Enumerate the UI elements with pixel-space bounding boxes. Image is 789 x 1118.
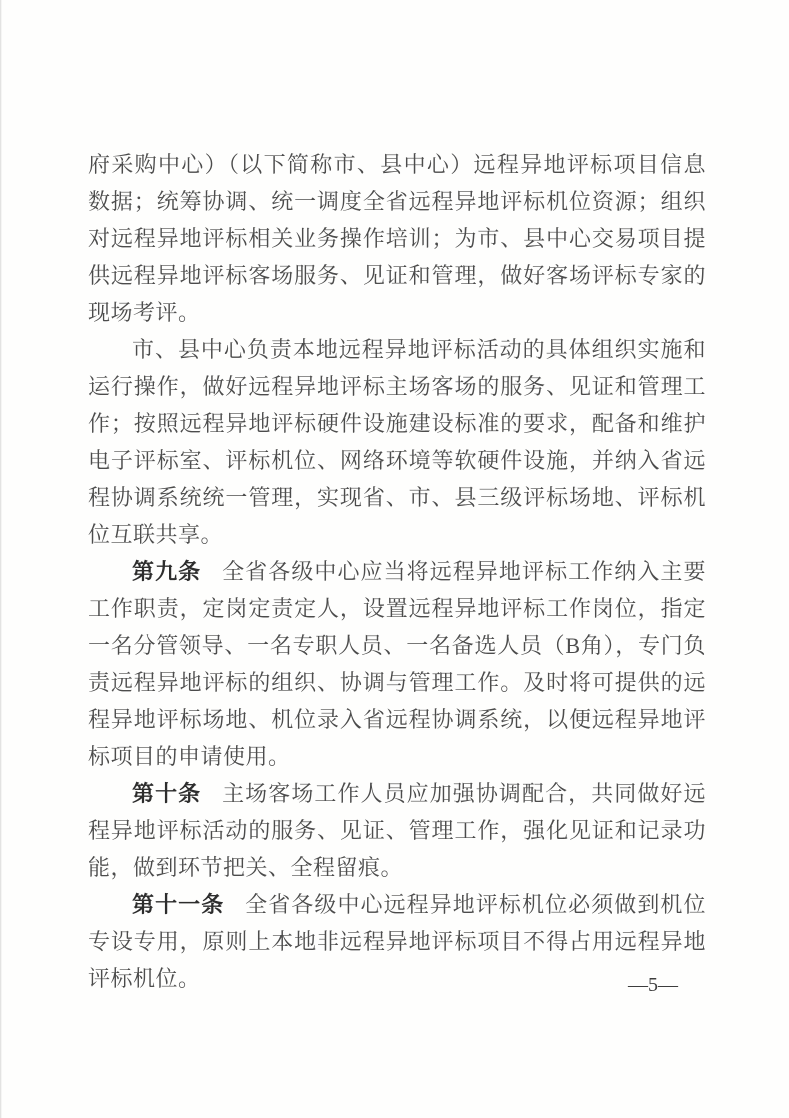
paragraph-text: 全省各级中心应当将远程异地评标工作纳入主要工作职责，定岗定责定人，设置远程异地评… (88, 559, 706, 769)
article-10-number: 第十条 (132, 781, 201, 806)
scan-edge-artifact (0, 0, 2, 1118)
document-body: 府采购中心）（以下简称市、县中心）远程异地评标项目信息数据；统筹协调、统一调度全… (88, 146, 706, 997)
scanned-document-page: 府采购中心）（以下简称市、县中心）远程异地评标项目信息数据；统筹协调、统一调度全… (0, 0, 789, 1118)
article-11-number: 第十一条 (132, 892, 224, 917)
paragraph-article-9: 第九条全省各级中心应当将远程异地评标工作纳入主要工作职责，定岗定责定人，设置远程… (88, 553, 706, 775)
paragraph-text: 市、县中心负责本地远程异地评标活动的具体组织实施和运行操作，做好远程异地评标主场… (88, 337, 706, 547)
paragraph-text: 府采购中心）（以下简称市、县中心）远程异地评标项目信息数据；统筹协调、统一调度全… (88, 152, 706, 325)
page-number: —5— (628, 971, 698, 999)
article-9-number: 第九条 (132, 559, 201, 584)
paragraph-article-11: 第十一条全省各级中心远程异地评标机位必须做到机位专设专用，原则上本地非远程异地评… (88, 886, 706, 997)
paragraph-article-10: 第十条主场客场工作人员应加强协调配合，共同做好远程异地评标活动的服务、见证、管理… (88, 775, 706, 886)
paragraph-continuation: 府采购中心）（以下简称市、县中心）远程异地评标项目信息数据；统筹协调、统一调度全… (88, 146, 706, 331)
paragraph-duties-city-county: 市、县中心负责本地远程异地评标活动的具体组织实施和运行操作，做好远程异地评标主场… (88, 331, 706, 553)
